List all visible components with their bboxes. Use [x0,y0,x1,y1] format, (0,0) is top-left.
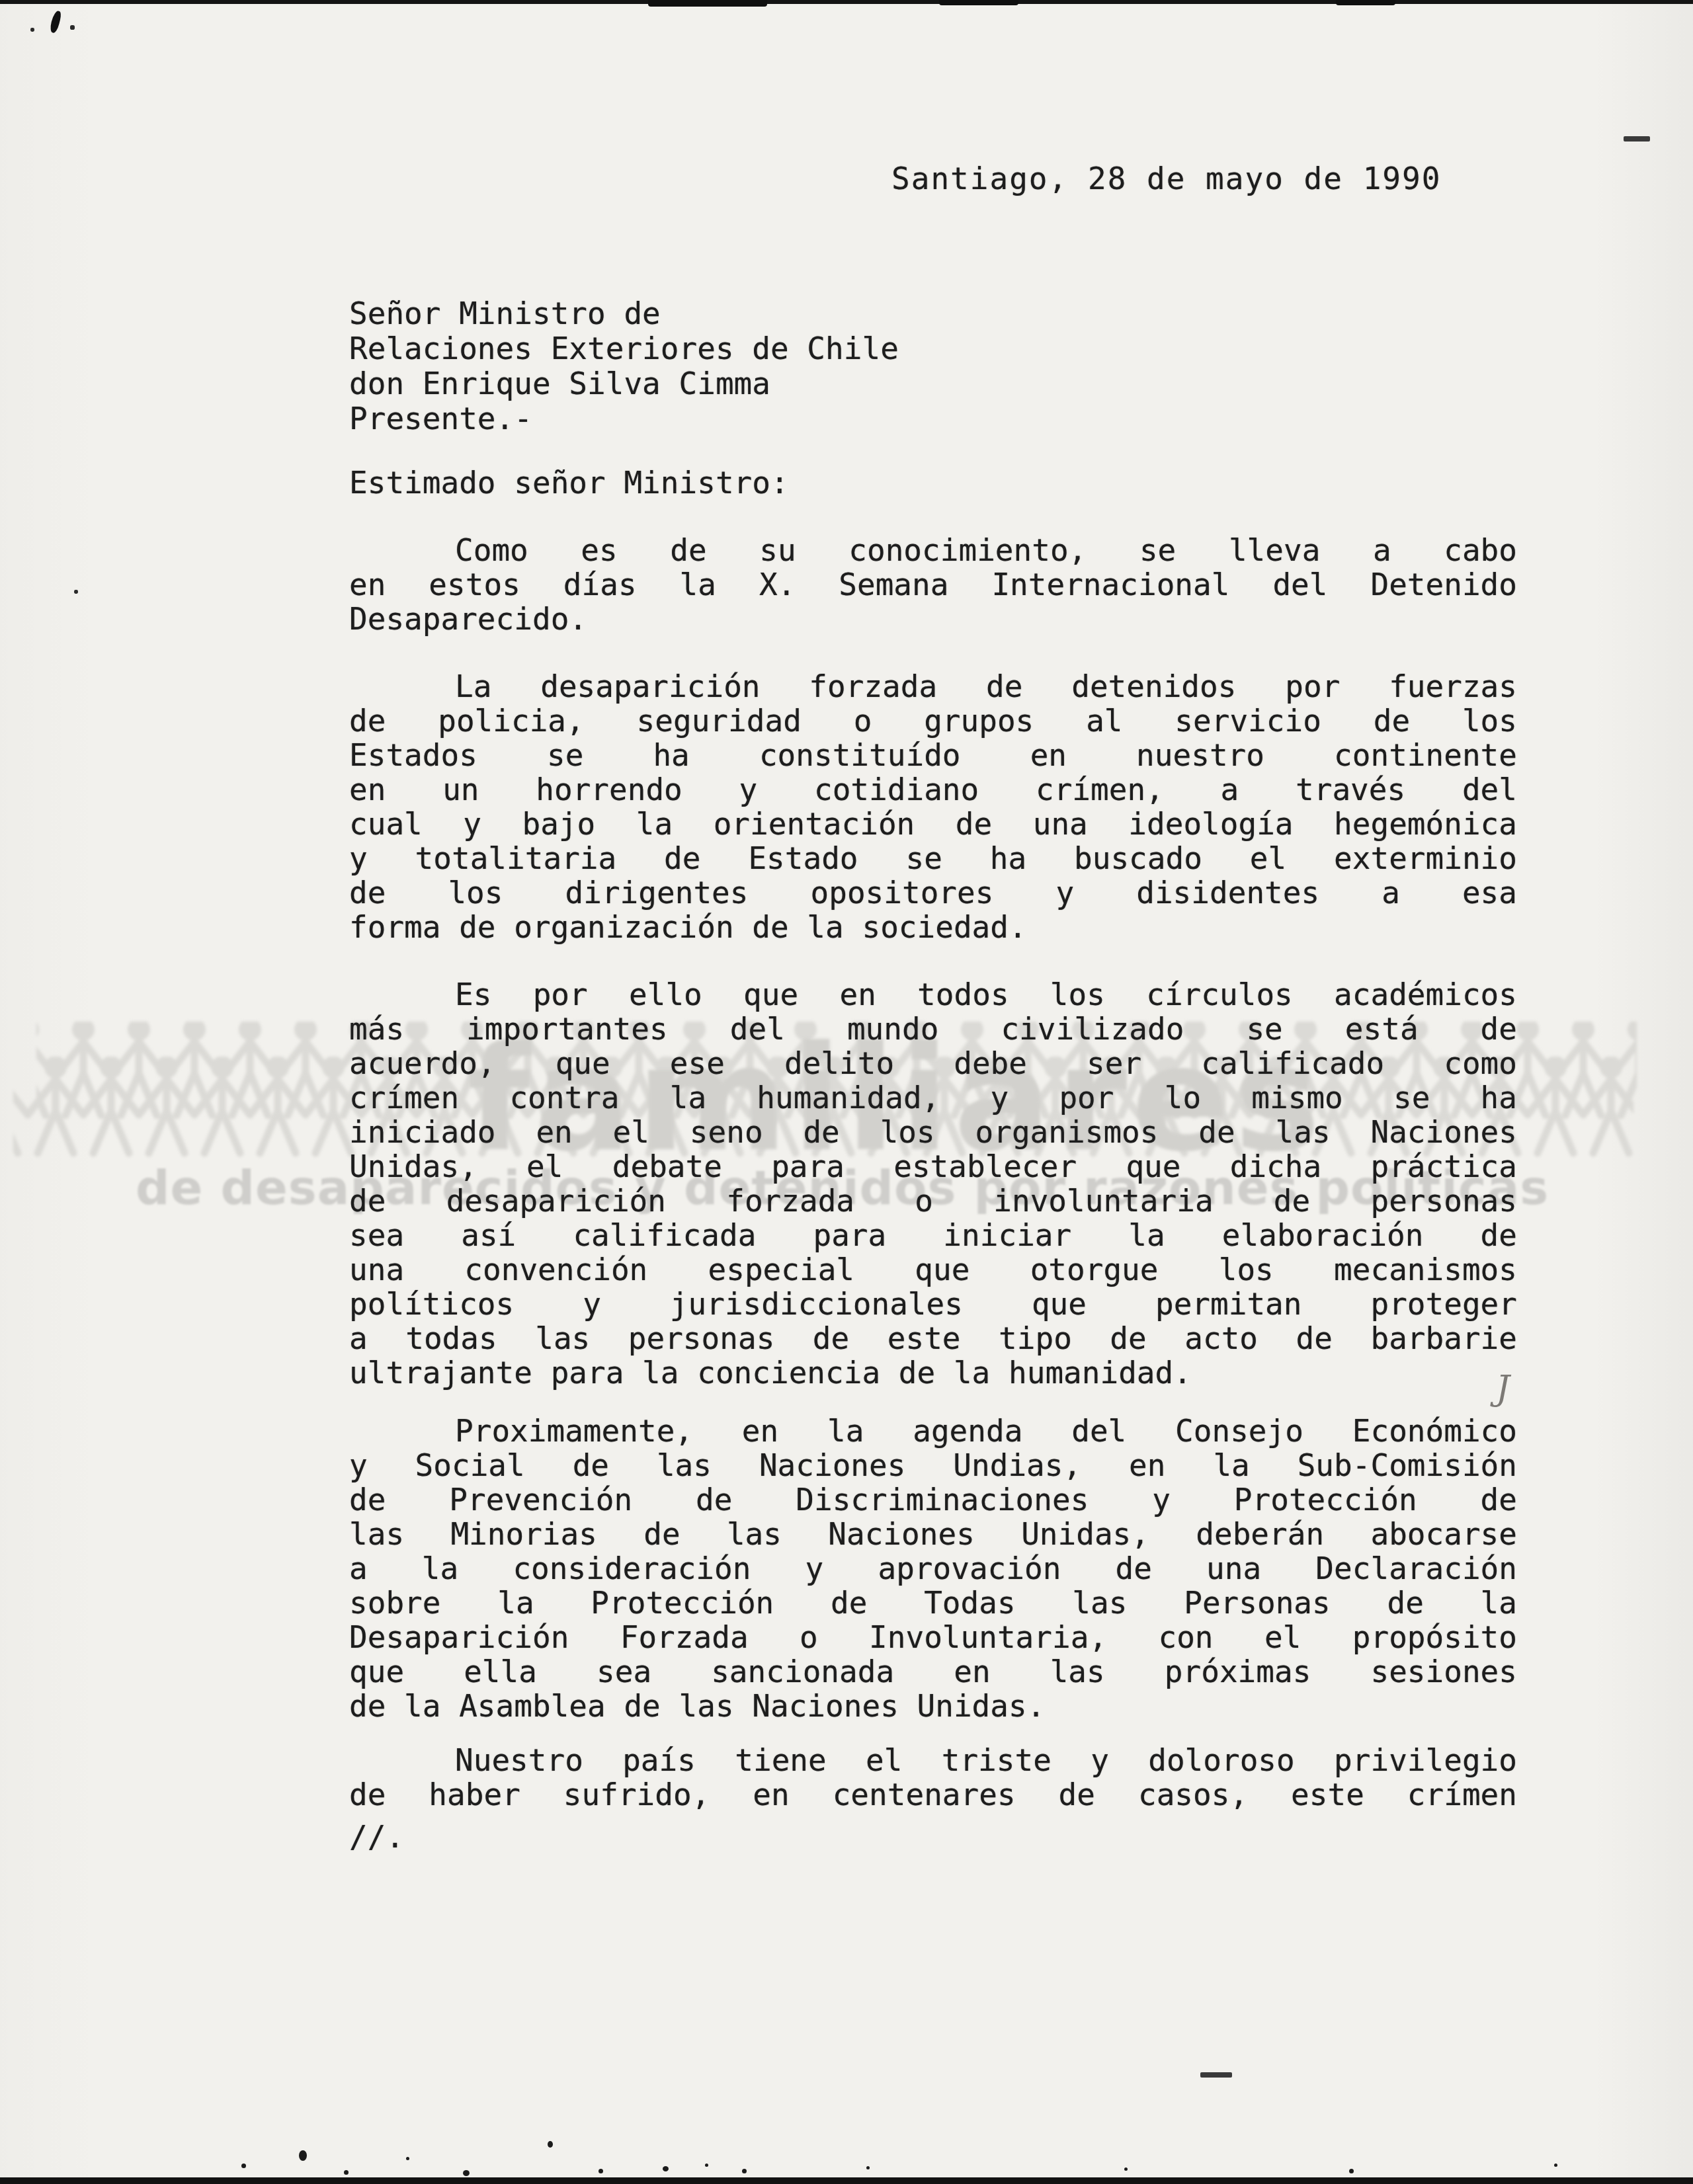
paragraph-5: Nuestro país tiene el triste y doloroso … [349,1743,1517,1812]
body-line: La desaparición forzada de detenidos por… [349,669,1517,704]
scan-artifact-top-edge [0,0,1693,4]
ink-dot [74,590,78,594]
scan-artifact-bottom-edge [0,2177,1693,2184]
body-line: las Minorias de las Naciones Unidas, deb… [349,1517,1517,1551]
pen-dash-bottom-right [1200,2072,1232,2078]
body-line: a la consideración y aprovación de una D… [349,1551,1517,1586]
paragraph-2: La desaparición forzada de detenidos por… [349,669,1517,944]
recipient-block: Señor Ministro de Relaciones Exteriores … [349,296,1275,436]
body-line: Es por ello que en todos los círculos ac… [349,977,1517,1012]
body-line: y totalitaria de Estado se ha buscado el… [349,841,1517,875]
body-line: Desaparecido. [349,602,1517,636]
salutation: Estimado señor Ministro: [349,465,1517,500]
body-line: crímen contra la humanidad, y por lo mis… [349,1080,1517,1115]
body-line: una convención especial que otorgue los … [349,1252,1517,1287]
body-line: de desaparición forzada o involuntaria d… [349,1184,1517,1218]
recipient-line: Relaciones Exteriores de Chile [349,331,1275,366]
body-line: iniciado en el seno de los organismos de… [349,1115,1517,1149]
scan-artifact-top-blob [939,0,1018,5]
body-line: Proximamente, en la agenda del Consejo E… [349,1414,1517,1448]
body-line: ultrajante para la conciencia de la huma… [349,1355,1517,1390]
body-line: que ella sea sancionada en las próximas … [349,1654,1517,1689]
ink-dot [30,28,34,32]
paragraph-3: Es por ello que en todos los círculos ac… [349,977,1517,1390]
recipient-line: Señor Ministro de [349,296,1275,331]
body-line: de la Asamblea de las Naciones Unidas. [349,1689,1517,1723]
body-line: de policia, seguridad o grupos al servic… [349,704,1517,738]
paragraph-4: Proximamente, en la agenda del Consejo E… [349,1414,1517,1723]
body-line: Como es de su conocimiento, se lleva a c… [349,533,1517,567]
body-line: a todas las personas de este tipo de act… [349,1321,1517,1355]
ink-blot [49,10,62,34]
recipient-line: Presente.- [349,401,1275,436]
body-line: Nuestro país tiene el triste y doloroso … [349,1743,1517,1777]
body-line: forma de organización de la sociedad. [349,910,1517,944]
body-line: sea así calificada para iniciar la elabo… [349,1218,1517,1252]
body-line: en un horrendo y cotidiano crímen, a tra… [349,772,1517,807]
scan-artifact-top-blob [1336,0,1395,5]
ink-dot [70,25,75,30]
date-line: Santiago, 28 de mayo de 1990 [891,161,1441,196]
body-line: de Prevención de Discriminaciones y Prot… [349,1482,1517,1517]
body-line: políticos y jurisdiccionales que permita… [349,1287,1517,1321]
body-line: de los dirigentes opositores y disidente… [349,875,1517,910]
body-line: de haber sufrido, en centenares de casos… [349,1777,1517,1812]
body-line: Estados se ha constituído en nuestro con… [349,738,1517,772]
body-line: Desaparición Forzada o Involuntaria, con… [349,1620,1517,1654]
scanned-letter-page: familiares de desaparecidos y detenidos … [0,0,1693,2184]
body-line: cual y bajo la orientación de una ideolo… [349,807,1517,841]
pen-dash-top-right [1624,136,1650,142]
body-line: en estos días la X. Semana Internacional… [349,567,1517,602]
scan-artifact-top-blob [648,0,767,7]
paragraph-1: Como es de su conocimiento, se lleva a c… [349,533,1517,636]
body-line: más importantes del mundo civilizado se … [349,1012,1517,1046]
body-line: y Social de las Naciones Undias, en la S… [349,1448,1517,1482]
body-line: acuerdo, que ese delito debe ser calific… [349,1046,1517,1080]
body-line: Unidas, el debate para establecer que di… [349,1149,1517,1184]
recipient-line: don Enrique Silva Cimma [349,366,1275,401]
body-line: sobre la Protección de Todas las Persona… [349,1586,1517,1620]
salutation-line: Estimado señor Ministro: [349,465,1517,500]
continuation-mark: //. [349,1820,404,1854]
